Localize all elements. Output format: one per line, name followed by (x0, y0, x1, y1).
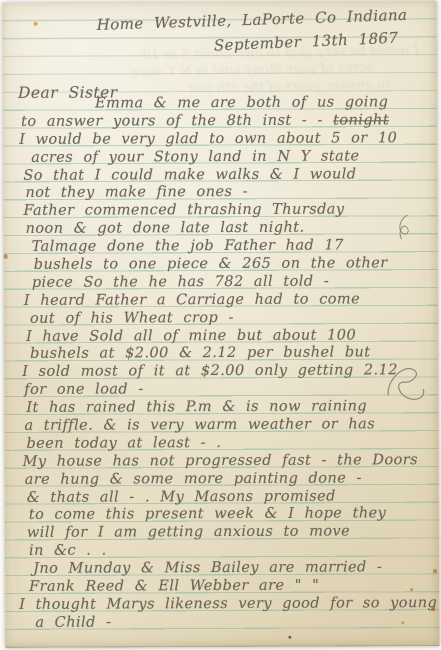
letter-paper: I would be very glad to own about 5 or 1… (3, 1, 440, 648)
letter-scan: I would be very glad to own about 5 or 1… (0, 0, 441, 650)
letter-line: out of his Wheat crop - (16, 309, 436, 329)
letter-line: I thought Marys likeness very good for s… (17, 595, 437, 615)
letter-line: Jno Munday & Miss Bailey are married - (17, 559, 437, 579)
letter-line: a Child - (17, 613, 437, 633)
letter-line: a triffle. & is very warm weather or has (16, 416, 436, 436)
letter-line: It has rained this P.m & is now raining (16, 398, 436, 418)
letter-line: for one load - (16, 380, 436, 400)
struck-word: tonight (333, 112, 389, 128)
letter-line: in &c . . (17, 541, 437, 561)
letter-body: Emma & me are both of us goingto answer … (15, 94, 437, 633)
letter-line: I have Sold all of mine but about 100 (16, 327, 436, 347)
letter-line: Talmage done the job Father had 17 (16, 237, 436, 257)
foxing-spot (288, 636, 291, 639)
letter-line: piece So the he has 782 all told - (16, 273, 436, 293)
letter-line: I would be very glad to own about 5 or 1… (15, 130, 435, 150)
handwriting-layer: Home Westville, LaPorte Co Indiana Septe… (3, 1, 440, 648)
letter-date-line: September 13th 1867 (213, 29, 398, 55)
letter-line: I sold most of it at $2.00 only getting … (16, 362, 436, 382)
letter-line: Father commenced thrashing Thursday (15, 201, 435, 221)
letter-line: Frank Reed & Ell Webber are " " (17, 577, 437, 597)
letter-line: & thats all - . My Masons promised (17, 488, 437, 508)
letter-line: will for I am getting anxious to move (17, 523, 437, 543)
letter-line: are hung & some more painting done - (17, 470, 437, 490)
letter-line: acres of your Stony land in N Y state (15, 148, 435, 168)
letter-line: I heard Father a Carriage had to come (16, 291, 436, 311)
letter-line: noon & got done late last night. (16, 219, 436, 239)
letter-line: not they make fine ones - (15, 184, 435, 204)
letter-line: bushels to one piece & 265 on the other (16, 255, 436, 275)
letter-line: So that I could make walks & I would (15, 166, 435, 186)
letter-line: My house has not progressed fast - the D… (17, 452, 437, 472)
letter-line: been today at least - . (16, 434, 436, 454)
letter-line: to come this present week & I hope they (17, 506, 437, 526)
foxing-spot (4, 254, 8, 259)
letter-line: Emma & me are both of us going (15, 94, 435, 114)
letter-line: to answer yours of the 8th inst - - toni… (15, 112, 435, 132)
letter-line: bushels at $2.00 & 2.12 per bushel but (16, 345, 436, 365)
foxing-spot (34, 22, 38, 26)
